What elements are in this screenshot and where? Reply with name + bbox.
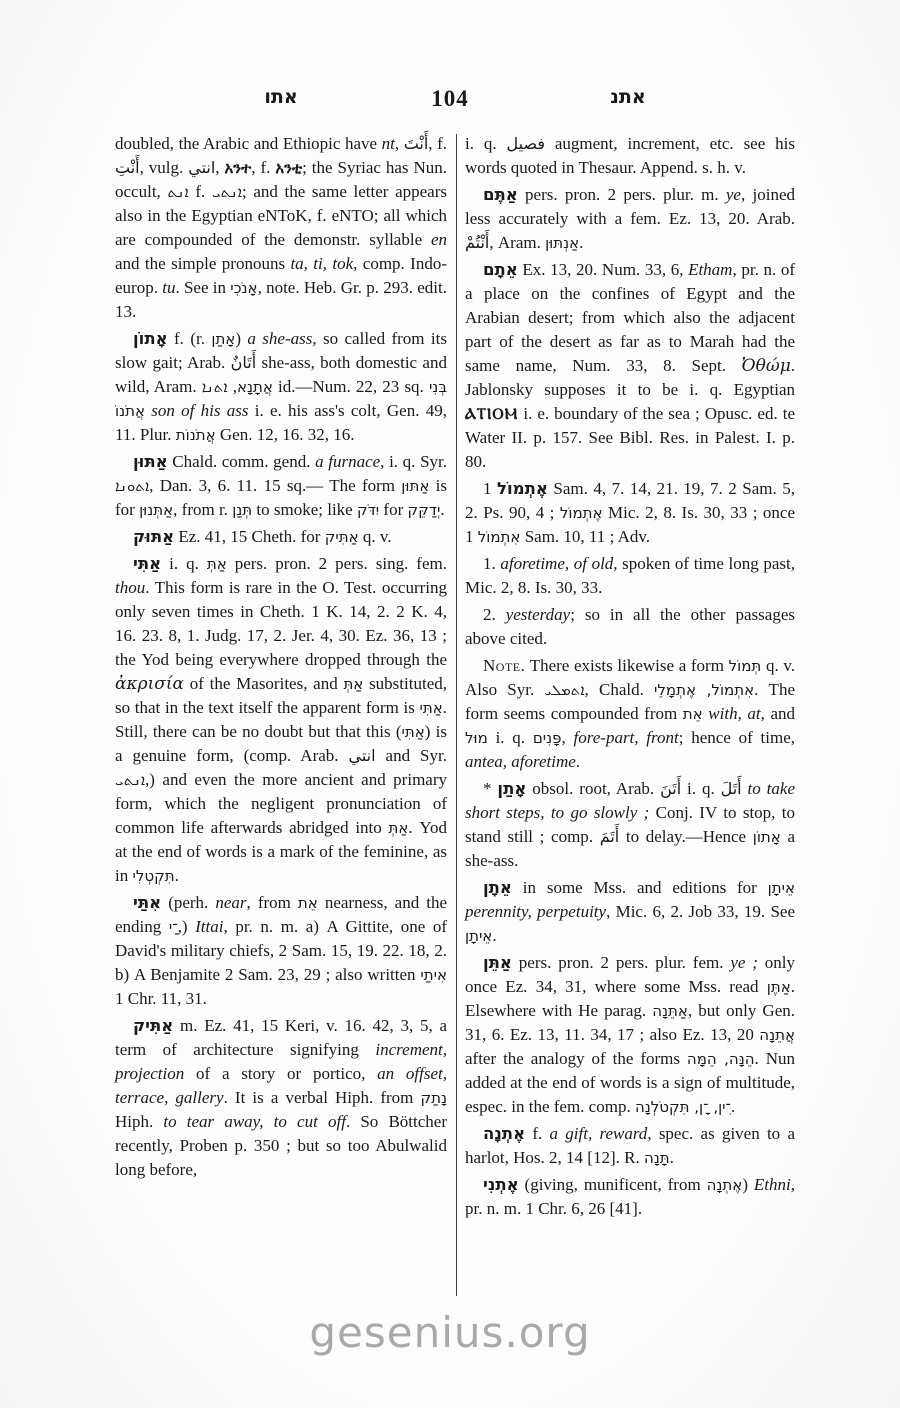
text-run: and Syr. <box>376 746 447 765</box>
text-run: אֵת <box>683 705 703 723</box>
text-run: en <box>431 230 447 249</box>
text-run: , Chald. <box>585 680 654 699</box>
text-run: 1. <box>483 554 500 573</box>
text-run: Etham <box>688 260 732 279</box>
text-run: , Aram. <box>489 233 545 252</box>
hebrew-headword: אַתּוּן <box>133 452 168 471</box>
text-run: with, at <box>708 704 760 723</box>
text-run: Ethni <box>754 1175 791 1194</box>
text-run: אַתִּי <box>402 723 425 741</box>
text-run: . <box>579 233 583 252</box>
text-run: أَتَمَ <box>600 827 620 846</box>
text-run: ,) <box>178 917 196 936</box>
text-run: after the analogy of the forms <box>465 1049 687 1068</box>
hebrew-headword: אַתִּיק <box>133 1016 173 1035</box>
text-run: אַתִּי <box>420 699 443 717</box>
text-run: אַתֵּנָה <box>652 1002 688 1020</box>
text-run: אֵת <box>298 894 318 912</box>
dictionary-paragraph: Note. There exists likewise a form תְּמו… <box>465 654 795 774</box>
text-run: . <box>670 1148 674 1167</box>
text-run: ta, ti, tok <box>290 254 353 273</box>
text-run: أَنْتِ <box>115 158 140 177</box>
dictionary-paragraph: i. q. فصيل augment, increment, etc. see … <box>465 132 795 180</box>
text-run: אֶתְנָה <box>707 1176 743 1194</box>
text-run: Ez. 41, 15 Cheth. for <box>174 527 325 546</box>
text-run: אַתְּ <box>207 555 227 573</box>
text-run: Ὀθώμ <box>742 356 791 376</box>
text-run: أَنْتُمْ <box>465 233 489 252</box>
dictionary-paragraph: אֵתָם Ex. 13, 20. Num. 33, 6, Etham, pr.… <box>465 258 795 474</box>
dictionary-paragraph: אֶתְמוֹל 1 Sam. 4, 7. 14, 21. 19, 7. 2 S… <box>465 477 795 549</box>
text-run: תְּמוֹל <box>729 657 762 675</box>
text-run: , <box>228 377 237 396</box>
text-run: ܐܢܬܝ <box>115 771 145 789</box>
dictionary-paragraph: אֵתָן in some Mss. and editions for אֵית… <box>465 876 795 948</box>
text-run: אַתִּיק <box>325 528 359 546</box>
text-run: pers. pron. 2 pers. plur. fem. <box>512 953 730 972</box>
hebrew-headword: אֶתְמוֹל <box>497 479 548 498</box>
text-run: תִּקְטְלִי <box>132 867 174 885</box>
text-run: ܐܬܘܢܐ <box>115 477 149 495</box>
text-run: obsol. root, Arab. <box>526 779 660 798</box>
text-run: , <box>215 158 224 177</box>
text-run: אִתְמוֹל, אֶתְמָלֵי <box>654 681 754 699</box>
dictionary-paragraph: אַתּוּן Chald. comm. gend. a furnace, i.… <box>115 450 447 522</box>
text-run: . See in <box>175 278 230 297</box>
text-run: אָנֹכִי <box>230 279 257 297</box>
dictionary-paragraph: אֶתְנָה f. a gift, reward, spec. as give… <box>465 1122 795 1170</box>
text-run: ⲀⲦⲒⲞⲘ <box>465 405 518 423</box>
text-run: Gen. 12, 16. 32, 16. <box>216 425 355 444</box>
dictionary-paragraph: אִתַּי (perh. near, from אֵת nearness, a… <box>115 891 447 1011</box>
text-run: انتي <box>349 746 376 765</box>
text-run: אֶתְמוֹל <box>560 504 603 522</box>
text-run: a gift, reward <box>550 1124 648 1143</box>
text-run: son of his ass <box>151 401 248 420</box>
dictionary-paragraph: אַתֵּן pers. pron. 2 pers. plur. fem. ye… <box>465 951 795 1119</box>
text-run: אַתְּ <box>343 675 363 693</box>
text-run: , i. q. Syr. <box>380 452 447 471</box>
text-run: ye <box>726 185 741 204</box>
text-run: أَنْتَ <box>404 134 429 153</box>
text-run: Ittai <box>195 917 223 936</box>
text-run: תְּנַן <box>232 501 252 519</box>
text-run: (perh. <box>161 893 215 912</box>
text-run: أَتَنَ <box>660 779 681 798</box>
text-run: ) <box>742 1175 754 1194</box>
hebrew-headword: אֵתָם <box>483 260 518 279</box>
text-run: תָּנָה <box>644 1149 670 1167</box>
text-run: f. <box>189 182 212 201</box>
text-run: to tear away, to cut off <box>163 1112 346 1131</box>
header-keyword-right: אתנ <box>463 86 793 108</box>
text-run: * <box>483 779 497 798</box>
page-body: doubled, the Arabic and Ethiopic have nt… <box>115 132 795 1296</box>
hebrew-headword: אֶתְנָה <box>483 1124 525 1143</box>
text-run: . <box>175 866 179 885</box>
text-run: a furnace <box>315 452 380 471</box>
text-run: , <box>395 134 404 153</box>
dictionary-paragraph: doubled, the Arabic and Ethiopic have nt… <box>115 132 447 324</box>
text-run: perennity, perpetuity <box>465 902 606 921</box>
text-run: ־ִין, ־ָן, תִּקְטֹלְנָה <box>635 1098 731 1116</box>
text-run: for <box>379 500 407 519</box>
text-run: אֲתֵנָה <box>759 1026 795 1044</box>
lexicon-page: אתו 104 אתנ doubled, the Arabic and Ethi… <box>0 0 900 1408</box>
hebrew-headword: אַתּוּק <box>133 527 174 546</box>
watermark: gesenius.org <box>0 1308 900 1357</box>
text-run: ye ; <box>730 953 758 972</box>
text-run: ܐܢܬܝ <box>212 183 242 201</box>
hebrew-headword: אַתֶּם <box>483 185 518 204</box>
text-run: i. q. <box>681 779 720 798</box>
text-run: q. v. <box>359 527 392 546</box>
text-run: أَتَانٌ <box>231 353 257 372</box>
text-run: thou <box>115 578 145 597</box>
text-run: aforetime, of old <box>500 554 613 573</box>
text-run: פָּנִים <box>533 729 562 747</box>
text-run: , vulg. <box>140 158 189 177</box>
page-header: אתו 104 אתנ <box>0 86 900 118</box>
text-run: ܐܬܢܐ <box>202 378 228 396</box>
text-run: אַתְּנוּן <box>139 501 173 519</box>
text-run: to delay.—Hence <box>619 827 753 846</box>
text-run: fore-part, front <box>574 728 679 747</box>
text-run: אֲתֹנוֹת <box>176 426 216 444</box>
text-run: a she-ass <box>247 329 312 348</box>
text-run: i. q. <box>488 728 533 747</box>
text-run: . This form is rare in the O. Test. occu… <box>115 578 447 669</box>
text-run: pers. pron. 2 pers. plur. m. <box>518 185 726 204</box>
text-run: , from <box>247 893 298 912</box>
hebrew-headword: אֶתְנִי <box>483 1175 519 1194</box>
text-run: antea, aforetime <box>465 752 576 771</box>
text-run: Mic. 2, 8. Is. 30, 33 ; once <box>603 503 795 522</box>
text-run: , Mic. 6, 2. Job 33, 19. See <box>606 902 795 921</box>
text-run: (giving, munificent, from <box>519 1175 707 1194</box>
text-run: , from r. <box>173 500 232 519</box>
text-run: አንተ <box>225 159 252 177</box>
text-run: ἀκρισία <box>115 674 184 694</box>
text-run: ־ַי <box>169 918 178 936</box>
text-run: There exists likewise a form <box>525 656 728 675</box>
text-run: فصيل <box>507 134 545 153</box>
text-run: מוּל <box>465 729 488 747</box>
dictionary-paragraph: אַתּוּק Ez. 41, 15 Cheth. for אַתִּיק q.… <box>115 525 447 549</box>
dictionary-paragraph: אַתִּיק m. Ez. 41, 15 Keri, v. 16. 42, 3… <box>115 1014 447 1182</box>
text-run: አንቲ <box>275 159 302 177</box>
dictionary-paragraph: אַתֶּם pers. pron. 2 pers. plur. m. ye, … <box>465 183 795 255</box>
right-column: i. q. فصيل augment, increment, etc. see … <box>465 132 795 1224</box>
text-run: أَتَلَ <box>721 779 742 798</box>
text-run: Ex. 13, 20. Num. 33, 6, <box>518 260 688 279</box>
dictionary-paragraph: אַתִּי i. q. אַתְּ pers. pron. 2 pers. s… <box>115 552 447 888</box>
text-run: i. q. <box>161 554 207 573</box>
text-run: Note. <box>483 656 525 675</box>
text-run: انتي <box>188 158 215 177</box>
column-divider <box>456 134 457 1296</box>
hebrew-headword: אַתֵּן <box>483 953 512 972</box>
hebrew-headword: אִתַּי <box>133 893 161 912</box>
text-run: אָתַן <box>211 330 235 348</box>
text-run: יְדַקֵּק <box>407 501 440 519</box>
text-run: , f. <box>428 134 447 153</box>
text-run: יִדֹּק <box>357 501 379 519</box>
text-run: f. (r. <box>168 329 212 348</box>
text-run: 1 Chr. 11, 31. <box>115 989 207 1008</box>
text-run: ) <box>235 329 247 348</box>
text-run: , and <box>761 704 795 723</box>
text-run: , <box>562 728 574 747</box>
text-run: . <box>492 926 496 945</box>
dictionary-paragraph: 2. yesterday; so in all the other passag… <box>465 603 795 651</box>
text-run: אִיתַי <box>420 966 447 984</box>
text-run: . <box>731 1097 735 1116</box>
text-run: ܐܬܡܠܝ <box>544 681 584 699</box>
text-run: doubled, the Arabic and Ethiopic have <box>115 134 382 153</box>
text-run: . It is a verbal Hiph. from <box>224 1088 421 1107</box>
text-run: אִתְמוֹל <box>478 528 521 546</box>
text-run: נָתַק <box>420 1089 447 1107</box>
text-run: אַתֶּן <box>767 978 791 996</box>
text-run: . <box>440 500 444 519</box>
text-run: near <box>215 893 246 912</box>
text-run: f. <box>525 1124 549 1143</box>
text-run: אַנְתּוּן <box>545 234 579 252</box>
text-run: , f. <box>251 158 275 177</box>
text-run: אֵיתָן <box>768 879 795 897</box>
text-run: הֵנָּה, הֵמָּה <box>687 1050 755 1068</box>
dictionary-paragraph: אָתוֹן f. (r. אָתַן) a she-ass, so calle… <box>115 327 447 447</box>
text-run: , Dan. 3, 6. 11. 15 sq.— The form <box>149 476 401 495</box>
text-run: אָתוֹן <box>753 828 781 846</box>
text-run: in some Mss. and editions for <box>512 878 768 897</box>
dictionary-paragraph: אֶתְנִי (giving, munificent, from אֶתְנָ… <box>465 1173 795 1221</box>
dictionary-paragraph: 1. aforetime, of old, spoken of time lon… <box>465 552 795 600</box>
hebrew-headword: אָתַן <box>497 779 526 798</box>
text-run: אַתּוּן <box>401 477 429 495</box>
hebrew-headword: אֵתָן <box>483 878 512 897</box>
dictionary-paragraph: * אָתַן obsol. root, Arab. أَتَنَ i. q. … <box>465 777 795 873</box>
text-run: 2. <box>483 605 506 624</box>
hebrew-headword: אַתִּי <box>133 554 161 573</box>
text-run: ܐܢܬ <box>167 183 188 201</box>
text-run: and the simple pronouns <box>115 254 290 273</box>
text-run: tu <box>162 278 175 297</box>
text-run: nt <box>382 134 395 153</box>
text-run: of a story or portico, <box>184 1064 377 1083</box>
text-run: pers. pron. 2 pers. sing. fem. <box>227 554 447 573</box>
text-run: אֵיתָן <box>465 927 492 945</box>
text-run: ; hence of time, <box>679 728 795 747</box>
text-run: . <box>576 752 580 771</box>
text-run: id.—Num. 22, 23 sq. <box>273 377 429 396</box>
text-run: אַתְּ <box>389 819 409 837</box>
hebrew-headword: אָתוֹן <box>133 329 168 348</box>
text-run: i. q. <box>465 134 507 153</box>
text-run: of the Masorites, and <box>184 674 343 693</box>
text-run: yesterday <box>506 605 571 624</box>
text-run: Chald. comm. gend. <box>168 452 315 471</box>
left-column: doubled, the Arabic and Ethiopic have nt… <box>115 132 447 1185</box>
text-run: Hiph. <box>115 1112 163 1131</box>
text-run: to smoke; like <box>252 500 357 519</box>
text-run: אֲתָנָא <box>237 378 273 396</box>
